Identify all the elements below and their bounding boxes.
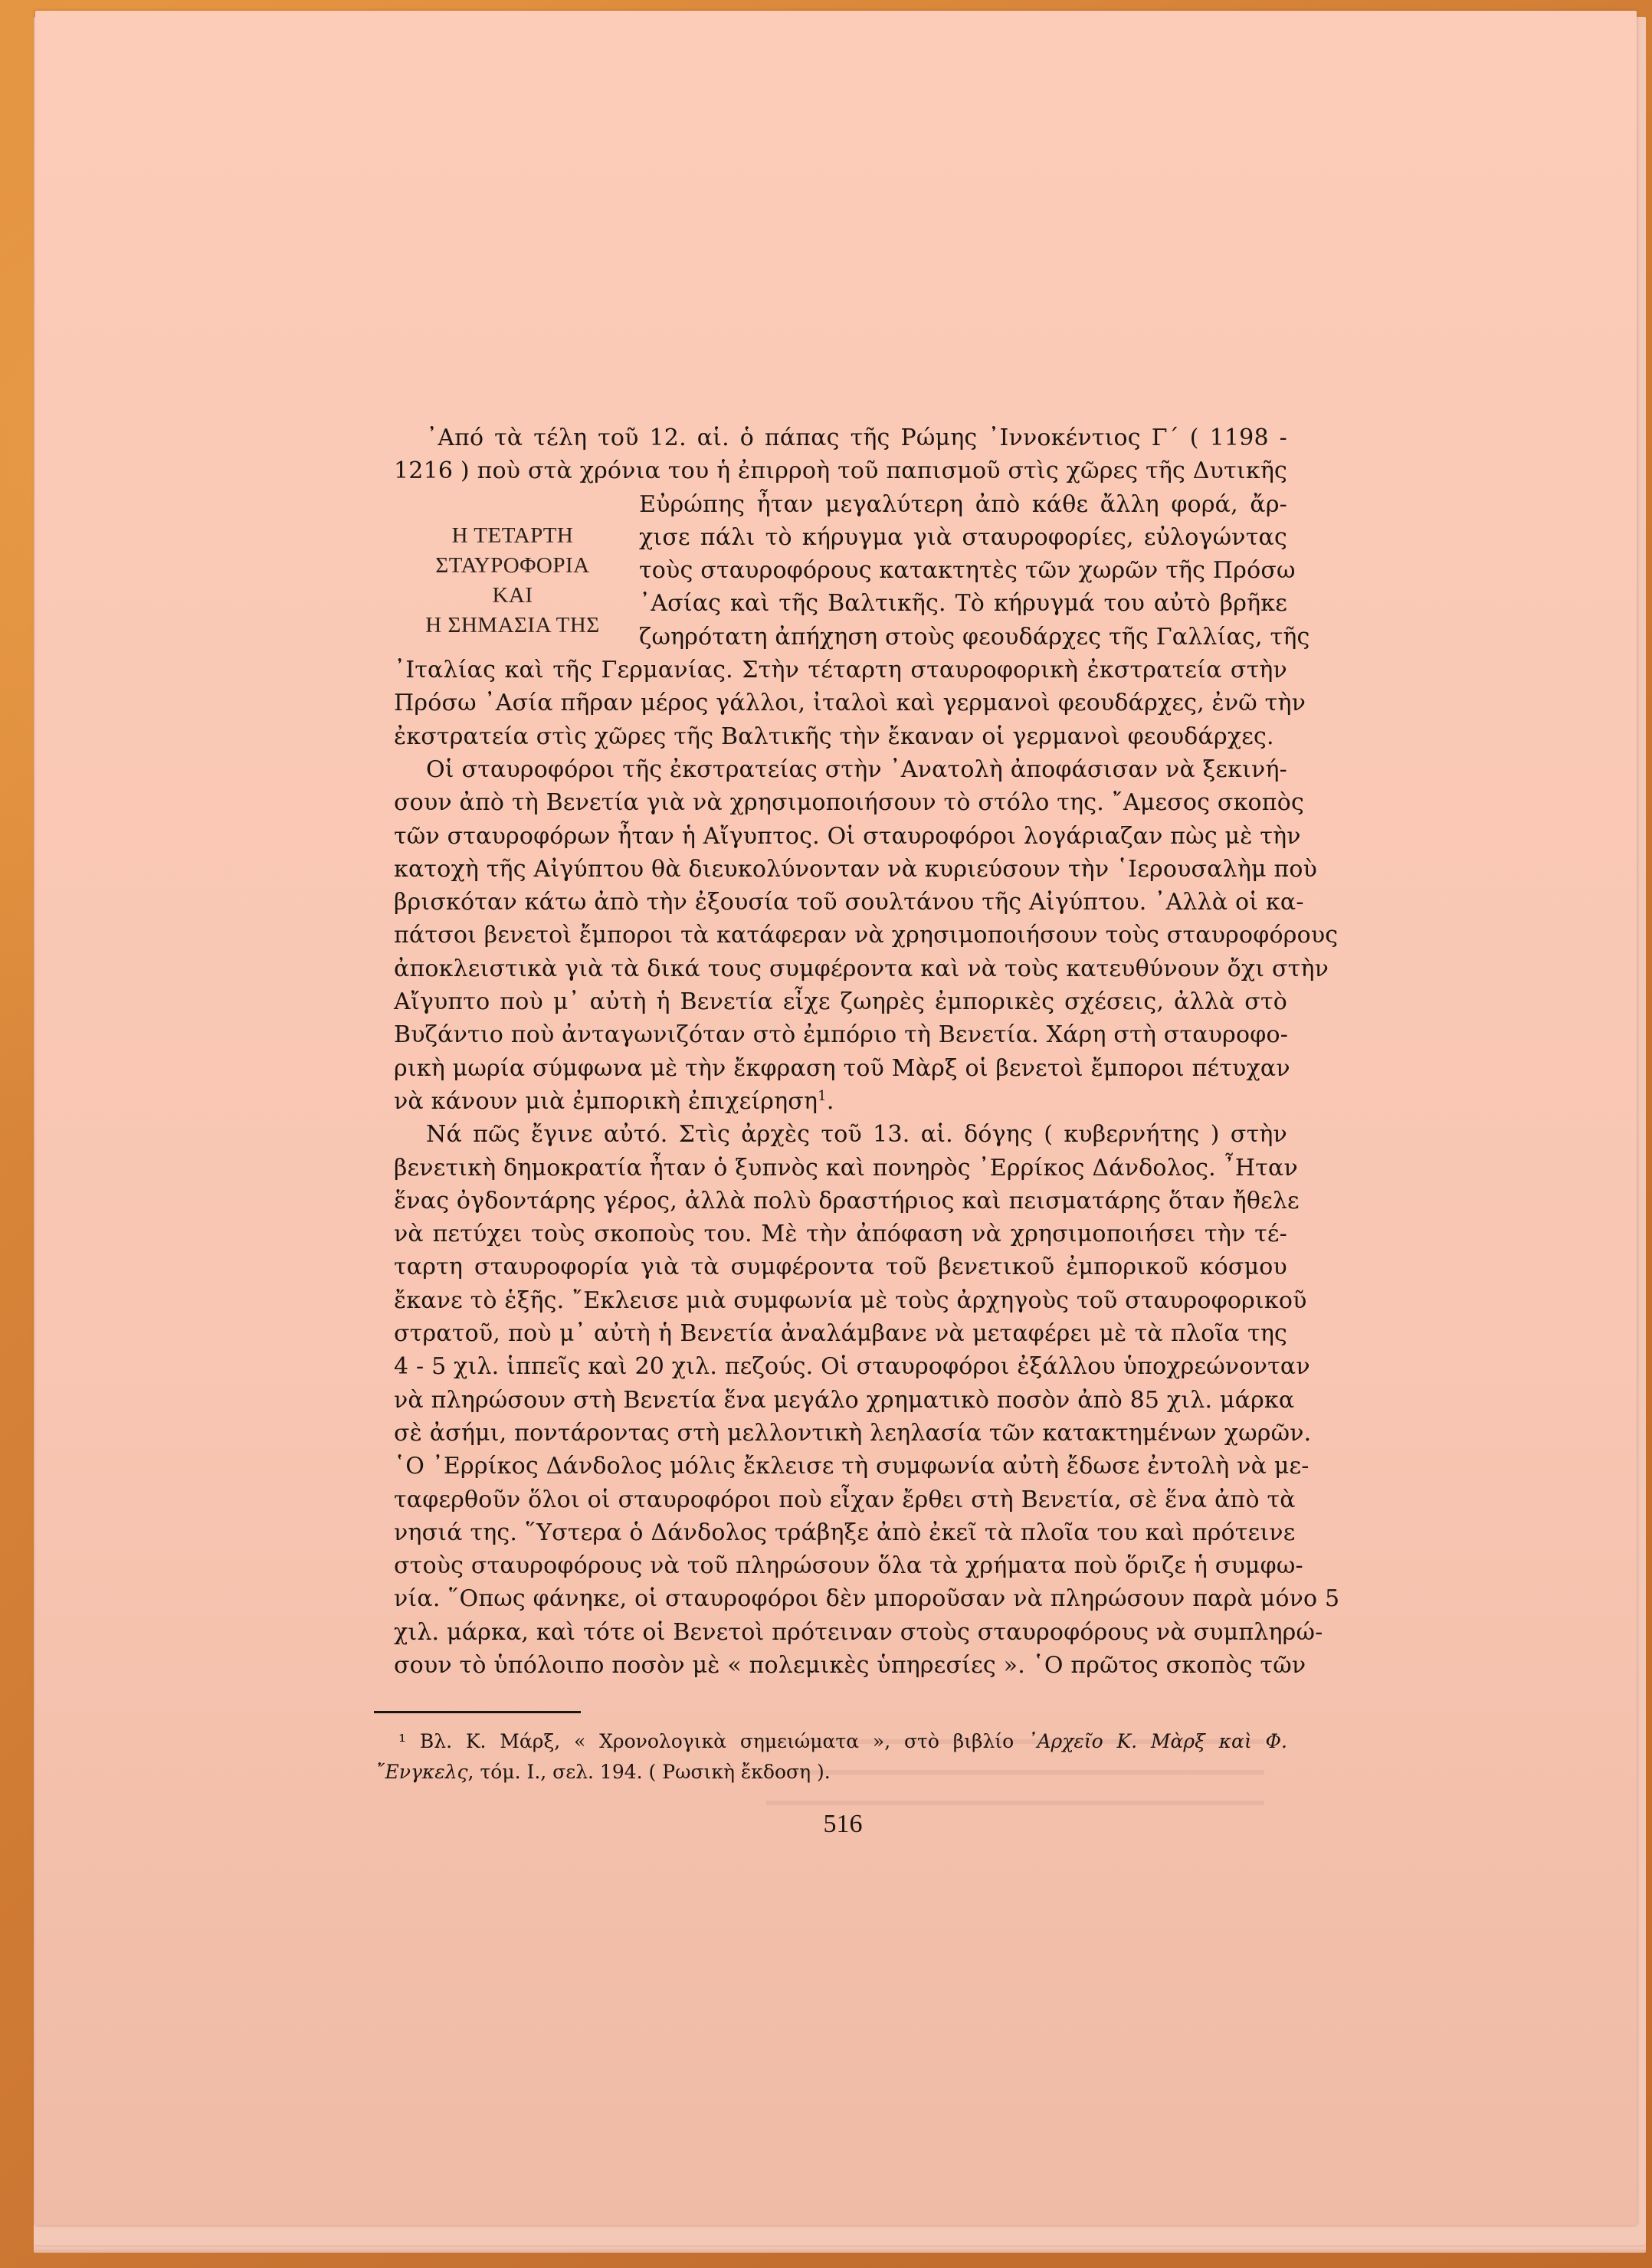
text-line: ρικὴ μωρία σύμφωνα μὲ τὴν ἔκφραση τοῦ Μὰ… — [394, 1052, 1287, 1085]
text-line-with-footnote: νὰ κάνουν μιὰ ἐμπορικὴ ἐπιχείρηση1. — [394, 1085, 1287, 1118]
text-line: νία. ῞Οπως φάνηκε, οἱ σταυροφόροι δὲν μπ… — [394, 1582, 1287, 1615]
footnote-book-title: ᾿Αρχεῖο Κ. Μὰρξ καὶ Φ. — [1028, 1730, 1287, 1752]
text-line: βρισκόταν κάτω ἀπὸ τὴν ἐξουσία τοῦ σουλτ… — [394, 886, 1287, 919]
text-line: ταρτη σταυροφορία γιὰ τὰ συμφέροντα τοῦ … — [394, 1250, 1287, 1283]
text-line: κατοχὴ τῆς Αἰγύπτου θὰ διευκολύνονταν νὰ… — [394, 853, 1287, 886]
text-line: 4 - 5 χιλ. ἱππεῖς καὶ 20 χιλ. πεζούς. Οἱ… — [394, 1350, 1287, 1383]
footnote-book-title: ῎Ενγκελς — [375, 1761, 468, 1783]
text-line: ῾Ο ᾿Ερρίκος Δάνδολος μόλις ἔκλεισε τὴ συ… — [394, 1450, 1287, 1483]
text-line: ἔκανε τὸ ἑξῆς. ῎Εκλεισε μιὰ συμφωνία μὲ … — [394, 1284, 1287, 1317]
text-line: στοὺς σταυροφόρους νὰ τοῦ πληρώσουν ὅλα … — [394, 1549, 1287, 1582]
text-line: 1216 ) ποὺ στὰ χρόνια του ἡ ἐπιρροὴ τοῦ … — [394, 454, 1287, 487]
text-line: βενετικὴ δημοκρατία ἦταν ὁ ξυπνὸς καὶ πο… — [394, 1152, 1287, 1185]
text-line: ᾿Από τὰ τέλη τοῦ 12. αἱ. ὁ πάπας τῆς Ρώμ… — [394, 421, 1287, 454]
footnote-line: ¹ Βλ. Κ. Μάρξ, « Χρονολογικὰ σημειώματα … — [375, 1726, 1287, 1757]
text-line: νὰ πληρώσουν στὴ Βενετία ἕνα μεγάλο χρημ… — [394, 1384, 1287, 1417]
text-line: πάτσοι βενετοὶ ἔμποροι τὰ κατάφεραν νὰ χ… — [394, 919, 1287, 952]
text-line: ἐκστρατεία στὶς χῶρες τῆς Βαλτικῆς τὴν ἔ… — [394, 720, 1287, 753]
text-line: σουν ἀπὸ τὴ Βενετία γιὰ νὰ χρησιμοποιήσο… — [394, 786, 1287, 819]
text-line: νησιά της. ῞Υστερα ὁ Δάνδολος τράβηξε ἀπ… — [394, 1516, 1287, 1549]
text-line: τῶν σταυροφόρων ἦταν ἡ Αἴγυπτος. Οἱ σταυ… — [394, 820, 1287, 853]
page-number: 516 — [805, 1810, 881, 1839]
text-line: Εὐρώπης ἦταν μεγαλύτερη ἀπὸ κάθε ἄλλη φο… — [639, 488, 1287, 521]
body-text: ᾿Από τὰ τέλη τοῦ 12. αἱ. ὁ πάπας τῆς Ρώμ… — [394, 421, 1287, 1682]
text-line: τοὺς σταυροφόρους κατακτητὲς τῶν χωρῶν τ… — [639, 554, 1287, 587]
text-line: Βυζάντιο ποὺ ἀνταγωνιζόταν στὸ ἐμπόριο τ… — [394, 1018, 1287, 1051]
footnote-marker: ¹ — [398, 1730, 406, 1752]
footnote-line: ῎Ενγκελς, τόμ. Ι., σελ. 194. ( Ρωσικὴ ἔκ… — [375, 1757, 1287, 1788]
text-line: ζωηρότατη ἀπήχηση στοὺς φεουδάρχες τῆς Γ… — [639, 621, 1287, 654]
text-line: σουν τὸ ὑπόλοιπο ποσὸν μὲ « πολεμικὲς ὑπ… — [394, 1649, 1287, 1682]
text-line: Αἴγυπτο ποὺ μ᾿ αὐτὴ ἡ Βενετία εἶχε ζωηρὲ… — [394, 985, 1287, 1018]
text-line: ταφερθοῦν ὅλοι οἱ σταυροφόροι ποὺ εἶχαν … — [394, 1483, 1287, 1516]
text-line: χισε πάλι τὸ κήρυγμα γιὰ σταυροφορίες, ε… — [639, 521, 1287, 554]
text-line: ᾿Ασίας καὶ τῆς Βαλτικῆς. Τὸ κήρυγμά του … — [639, 587, 1287, 620]
text-line: ἀποκλειστικὰ γιὰ τὰ δικά τους συμφέροντα… — [394, 952, 1287, 985]
text-line: ᾿Ιταλίας καὶ τῆς Γερμανίας. Στὴν τέταρτη… — [394, 654, 1287, 687]
text-line: Νά πῶς ἔγινε αὐτό. Στὶς ἀρχὲς τοῦ 13. αἱ… — [394, 1118, 1287, 1151]
text-line: νὰ πετύχει τοὺς σκοποὺς του. Μὲ τὴν ἀπόφ… — [394, 1218, 1287, 1250]
text-line: ἕνας ὀγδοντάρης γέρος, ἀλλὰ πολὺ δραστήρ… — [394, 1185, 1287, 1218]
text-line: Πρόσω ᾿Ασία πῆραν μέρος γάλλοι, ἰταλοὶ κ… — [394, 687, 1287, 719]
text-line: στρατοῦ, ποὺ μ᾿ αὐτὴ ἡ Βενετία ἀναλάμβαν… — [394, 1317, 1287, 1350]
footnote-marker[interactable]: 1 — [818, 1088, 827, 1104]
footnote-separator — [374, 1711, 581, 1713]
text-line: χιλ. μάρκα, καὶ τότε οἱ Βενετοὶ πρότεινα… — [394, 1616, 1287, 1649]
footnote: ¹ Βλ. Κ. Μάρξ, « Χρονολογικὰ σημειώματα … — [375, 1726, 1287, 1788]
text-line: Οἱ σταυροφόροι τῆς ἐκστρατείας στὴν ᾿Ανα… — [394, 753, 1287, 786]
text-line: σὲ ἀσήμι, ποντάροντας στὴ μελλοντικὴ λεη… — [394, 1417, 1287, 1450]
